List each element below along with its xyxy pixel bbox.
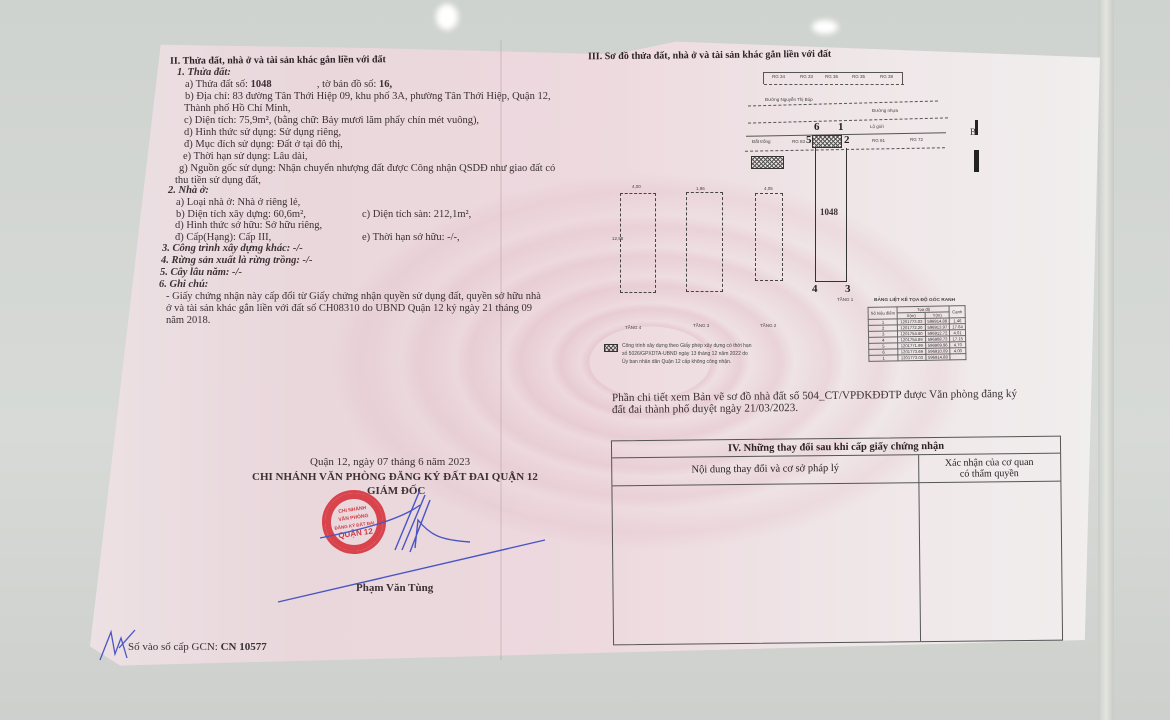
coord-cell: 596909.96	[925, 342, 950, 348]
coord-header: Cạnh	[949, 306, 965, 318]
address-line-2: Thành phố Hồ Chí Minh,	[184, 103, 290, 115]
neighbor-label: RG 34	[772, 74, 785, 79]
changes-col-confirmation: Xác nhận của cơ quan có thẩm quyền	[918, 457, 1060, 480]
coord-header: Số hiệu điểm	[868, 307, 898, 320]
ownership-term-line: e) Thời hạn sở hữu: -/-,	[362, 232, 460, 244]
coordinate-table: Số hiệu điểm Tọa độ Cạnh X(m) Y(m) 11201…	[868, 305, 967, 362]
coord-cell: 596913.97	[925, 324, 950, 330]
road-label: Lộ giới	[870, 124, 884, 129]
coord-cell: 596910.09	[925, 348, 950, 354]
use-term-line: e) Thời hạn sử dụng: Lâu dài,	[183, 151, 307, 163]
neighbor-label: RG 36	[825, 74, 838, 79]
other-works-line: 3. Công trình xây dựng khác: -/-	[162, 243, 303, 255]
confirmation-line-2: có thẩm quyền	[918, 468, 1060, 480]
coord-cell: 1201773.03	[898, 354, 925, 360]
parcel-label: a) Thửa đất số:	[185, 79, 248, 90]
floor-4-outline	[620, 193, 656, 293]
legend-hatch-swatch	[604, 344, 618, 352]
neighbor-label: RG 33	[800, 74, 813, 79]
hatched-area	[751, 156, 784, 169]
legend-note: Công trình xây dựng theo Giấy phép xây d…	[622, 343, 752, 349]
signer-name: Phạm Văn Tùng	[356, 582, 433, 594]
north-label: B	[970, 126, 976, 138]
changes-table: IV. Những thay đổi sau khi cấp giấy chứn…	[611, 436, 1063, 646]
corner-point-3: 3	[845, 283, 851, 295]
coord-cell: 1201773.69	[898, 348, 925, 354]
neighbor-label: RG 72	[910, 137, 923, 142]
coord-table-title: BẢNG LIỆT KÊ TỌA ĐỘ GÓC RANH	[874, 298, 955, 303]
section-3-title: III. Sơ đồ thửa đất, nhà ở và tài sản kh…	[588, 49, 831, 64]
coord-cell: 1201772.20	[898, 324, 925, 330]
coord-cell: 1	[869, 355, 899, 362]
house-heading: 2. Nhà ở:	[168, 185, 209, 197]
land-heading: 1. Thửa đất:	[177, 67, 231, 79]
parcel-label-diagram: 1048	[820, 206, 838, 218]
legend-note: Ủy ban nhân dân Quận 12 cấp không công n…	[622, 359, 731, 365]
coord-cell: 596914.88	[925, 318, 950, 324]
note-line-2: ở và tài sản khác gắn liền với đất số CH…	[166, 303, 532, 315]
floor-label: TẦNG 4	[625, 325, 641, 330]
coord-cell: 596914.88	[925, 354, 950, 360]
dimension-label: 12,98	[612, 236, 623, 241]
north-arrow-bottom	[974, 150, 979, 172]
floor-2-outline	[755, 193, 783, 281]
detail-line-2: đất đai thành phố duyệt ngày 21/03/2023.	[612, 402, 798, 416]
floor-label: TẦNG 2	[760, 323, 776, 328]
road-label: Đất trống	[752, 139, 771, 144]
floor-label: TẦNG 3	[693, 323, 709, 328]
coord-cell: 596908.73	[925, 336, 950, 342]
coord-row: 11201773.03596914.88	[869, 354, 966, 362]
note-line-1: - Giấy chứng nhận này cấp đổi từ Giấy ch…	[166, 291, 541, 303]
hatched-area	[812, 135, 842, 148]
coord-cell: 1201773.03	[898, 318, 925, 324]
corner-point-6: 6	[814, 121, 820, 133]
corner-point-2: 2	[844, 134, 850, 146]
road-label: Đường nhựa	[872, 108, 898, 113]
coord-cell: 1201771.99	[898, 342, 925, 348]
corner-point-1: 1	[838, 121, 844, 133]
road-label: Đường Nguyễn Thị Búp	[765, 97, 813, 102]
coord-cell: 1201754.89	[898, 336, 925, 342]
corner-point-4: 4	[812, 283, 818, 295]
floor-3-outline	[686, 192, 723, 292]
production-forest-line: 4. Rừng sản xuất là rừng trồng: -/-	[161, 255, 312, 267]
ownership-form-line: d) Hình thức sở hữu: Sở hữu riêng,	[175, 220, 322, 232]
floor-label: TẦNG 1	[837, 297, 853, 302]
use-form-line: d) Hình thức sử dụng: Sử dụng riêng,	[184, 127, 341, 139]
neighbor-label: RG 81	[872, 138, 885, 143]
floor-area-line: c) Diện tích sàn: 212,1m²,	[362, 209, 471, 221]
neighbor-label: RG 38	[880, 74, 893, 79]
note-line-3: năm 2018.	[166, 315, 210, 327]
coord-cell	[950, 354, 966, 360]
parcel-number: 1048	[251, 79, 272, 90]
light-glare	[812, 20, 838, 34]
notes-heading: 6. Ghi chú:	[159, 279, 208, 291]
parcel-line: a) Thửa đất số: 1048 , tờ bản đồ số: 16,	[185, 79, 392, 91]
wall-edge	[1098, 0, 1114, 720]
coord-cell: 596912.72	[925, 330, 950, 336]
legend-note: số 5026/GPXDTA-UBND ngày 13 tháng 12 năm…	[622, 351, 748, 357]
map-sheet-number: 16,	[379, 79, 392, 90]
coord-cell: 1201754.60	[898, 330, 925, 336]
registry-line: Số vào sổ cấp GCN: CN 10577	[128, 641, 267, 653]
place-date: Quận 12, ngày 07 tháng 6 năm 2023	[310, 456, 470, 468]
registry-number: CN 10577	[221, 641, 267, 653]
light-glare	[436, 4, 458, 30]
origin-line-1: g) Nguồn gốc sử dụng: Nhận chuyển nhượng…	[179, 163, 555, 175]
neighbor-label: RG 83	[792, 139, 805, 144]
dimension-label: 1,96	[696, 186, 705, 191]
area-line: c) Diện tích: 75,9m², (bằng chữ: Bảy mươ…	[184, 115, 479, 127]
perennial-trees-line: 5. Cây lâu năm: -/-	[160, 267, 242, 279]
address-line-1: b) Địa chỉ: 83 đường Tân Thới Hiệp 09, k…	[185, 91, 551, 103]
dimension-label: 4,00	[632, 184, 641, 189]
house-type-line: a) Loại nhà ở: Nhà ở riêng lẻ,	[176, 197, 300, 209]
registry-label: Số vào sổ cấp GCN:	[128, 641, 218, 653]
neighbor-label: RG 35	[852, 74, 865, 79]
map-sheet-label: , tờ bản đồ số:	[317, 79, 377, 90]
dimension-label: 4,05	[764, 186, 773, 191]
use-purpose-line: đ) Mục đích sử dụng: Đất ở tại đô thị,	[184, 139, 343, 151]
corner-point-5: 5	[806, 134, 812, 146]
section-2-title: II. Thửa đất, nhà ở và tài sản khác gắn …	[170, 54, 386, 68]
